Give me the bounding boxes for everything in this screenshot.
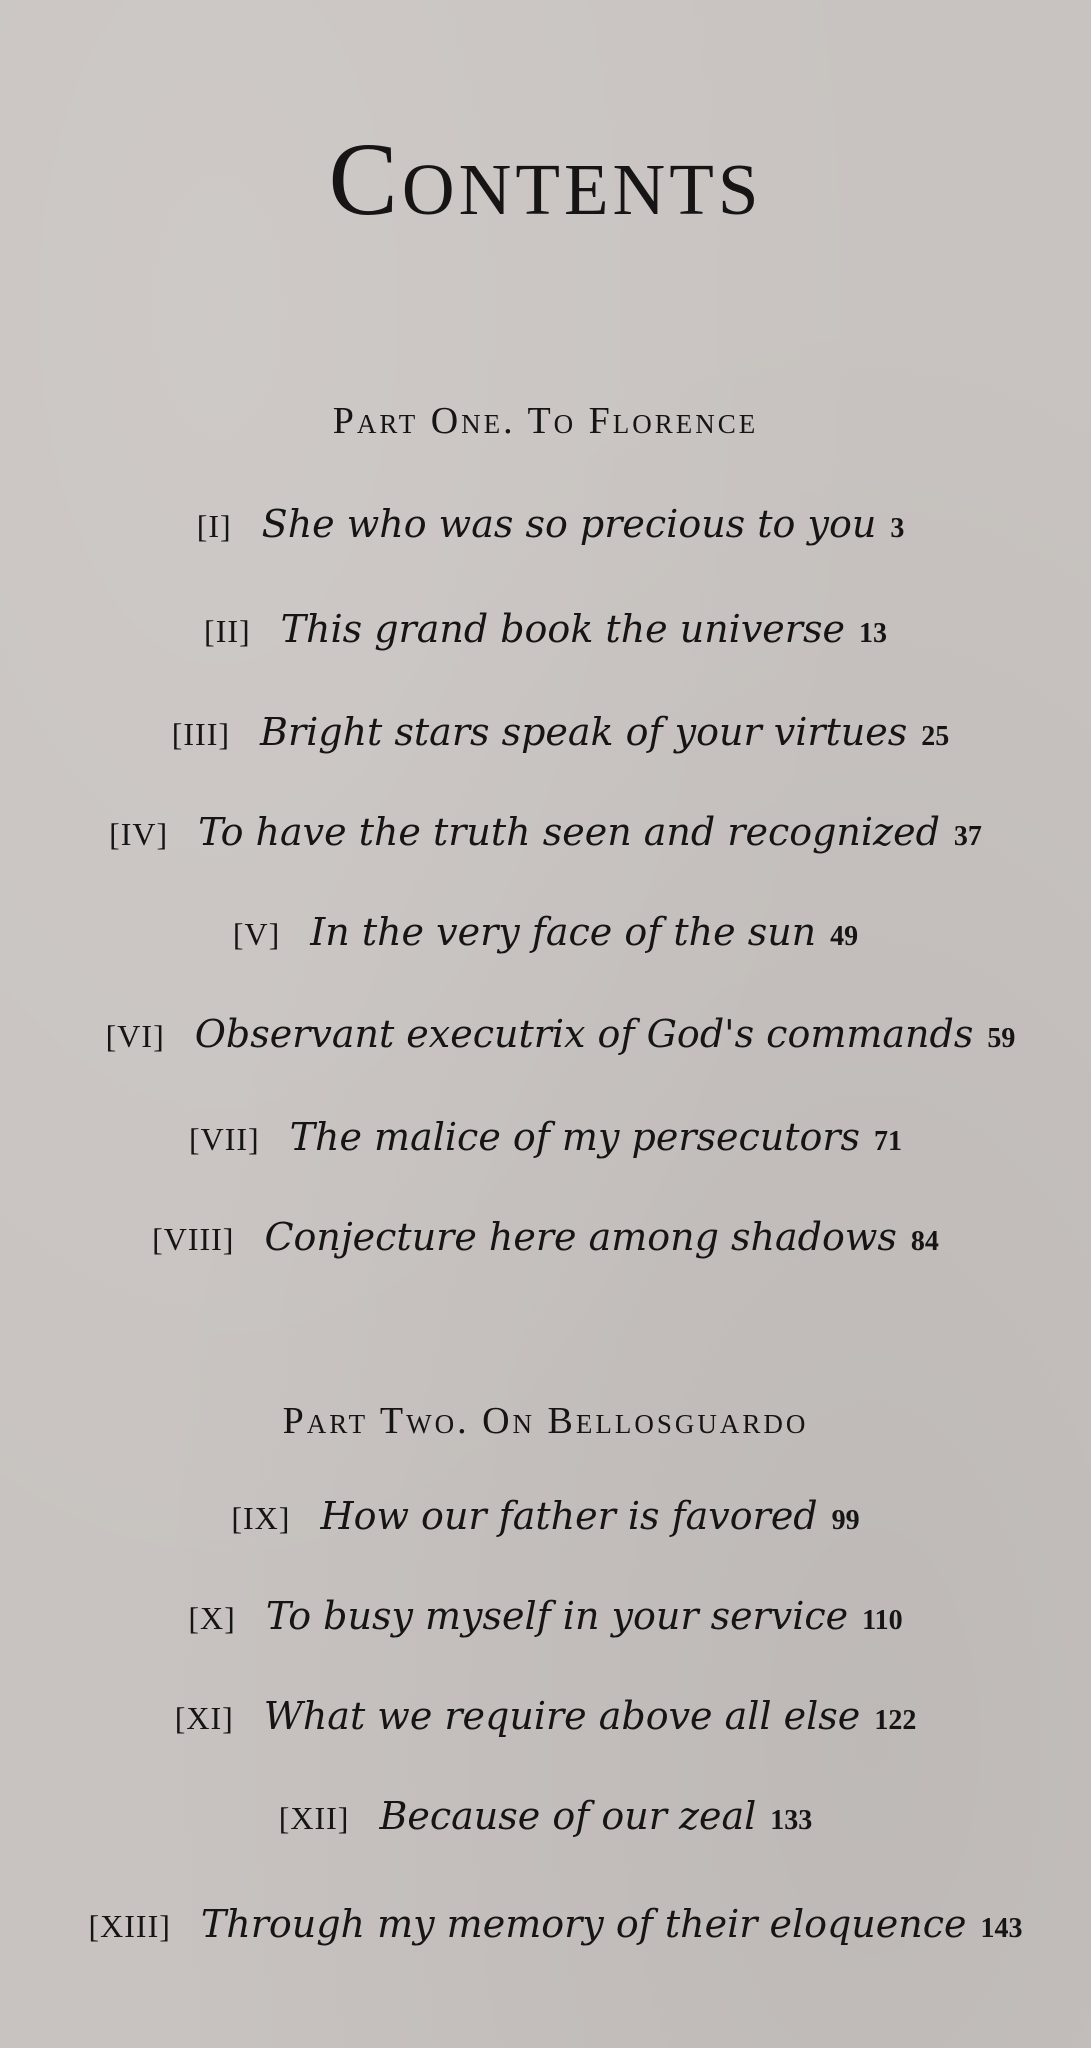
chapter-number: [IV]	[109, 816, 168, 852]
chapter-title: To have the truth seen and recognized	[198, 810, 940, 854]
toc-entry: [XII]Because of our zeal133	[0, 1797, 1091, 1835]
chapter-title: This grand book the universe	[281, 607, 845, 651]
toc-entry: [II]This grand book the universe13	[0, 610, 1091, 648]
page-number: 133	[770, 1805, 812, 1836]
toc-entry: [VIII]Conjecture here among shadows84	[0, 1218, 1091, 1256]
chapter-number: [XIII]	[88, 1908, 170, 1944]
page-number: 122	[874, 1705, 916, 1736]
page-number: 99	[832, 1505, 860, 1536]
chapter-number: [VII]	[189, 1121, 260, 1157]
chapter-number: [V]	[233, 916, 280, 952]
page-number: 13	[859, 618, 887, 649]
book-page: Contents Part One. To Florence [I]She wh…	[0, 0, 1091, 2048]
toc-entry: [IV]To have the truth seen and recognize…	[0, 813, 1091, 851]
toc-entry: [VI]Observant executrix of God's command…	[0, 1015, 1091, 1053]
chapter-number: [XII]	[279, 1800, 350, 1836]
chapter-title: In the very face of the sun	[310, 910, 816, 954]
page-number: 37	[954, 821, 982, 852]
toc-entry: [XIII]Through my memory of their eloquen…	[0, 1905, 1091, 1943]
page-number: 3	[890, 513, 904, 544]
chapter-number: [I]	[197, 508, 232, 544]
chapter-title: Conjecture here among shadows	[264, 1215, 896, 1259]
page-number: 59	[987, 1023, 1015, 1054]
chapter-title: How our father is favored	[320, 1494, 817, 1538]
toc-entry: [IX]How our father is favored99	[0, 1497, 1091, 1535]
chapter-title: Bright stars speak of your virtues	[260, 710, 907, 754]
chapter-number: [VIII]	[152, 1221, 234, 1257]
page-number: 143	[981, 1913, 1023, 1944]
chapter-title: Observant executrix of God's commands	[195, 1012, 974, 1056]
chapter-title: She who was so precious to you	[262, 502, 877, 546]
toc-entry: [X]To busy myself in your service110	[0, 1597, 1091, 1635]
part-two-heading: Part Two. On Bellosguardo	[0, 1402, 1091, 1440]
toc-entry: [VII]The malice of my persecutors71	[0, 1118, 1091, 1156]
page-number: 71	[874, 1126, 902, 1157]
chapter-number: [III]	[172, 716, 230, 752]
page-number: 110	[862, 1605, 902, 1636]
toc-entry: [III]Bright stars speak of your virtues2…	[0, 713, 1091, 751]
page-number: 49	[830, 921, 858, 952]
page-number: 25	[921, 721, 949, 752]
page-number: 84	[911, 1226, 939, 1257]
chapter-title: Because of our zeal	[379, 1794, 756, 1838]
part-one-heading: Part One. To Florence	[0, 402, 1091, 440]
toc-entry: [I]She who was so precious to you3	[0, 505, 1091, 543]
chapter-number: [X]	[188, 1600, 235, 1636]
toc-entry: [V]In the very face of the sun49	[0, 913, 1091, 951]
chapter-number: [XI]	[175, 1700, 234, 1736]
chapter-title: The malice of my persecutors	[290, 1115, 860, 1159]
toc-entry: [XI]What we require above all else122	[0, 1697, 1091, 1735]
chapter-number: [IX]	[231, 1500, 290, 1536]
chapter-number: [II]	[204, 613, 251, 649]
chapter-title: What we require above all else	[264, 1694, 861, 1738]
chapter-number: [VI]	[106, 1018, 165, 1054]
page-title: Contents	[0, 128, 1091, 232]
chapter-title: Through my memory of their eloquence	[201, 1902, 967, 1946]
chapter-title: To busy myself in your service	[266, 1594, 848, 1638]
